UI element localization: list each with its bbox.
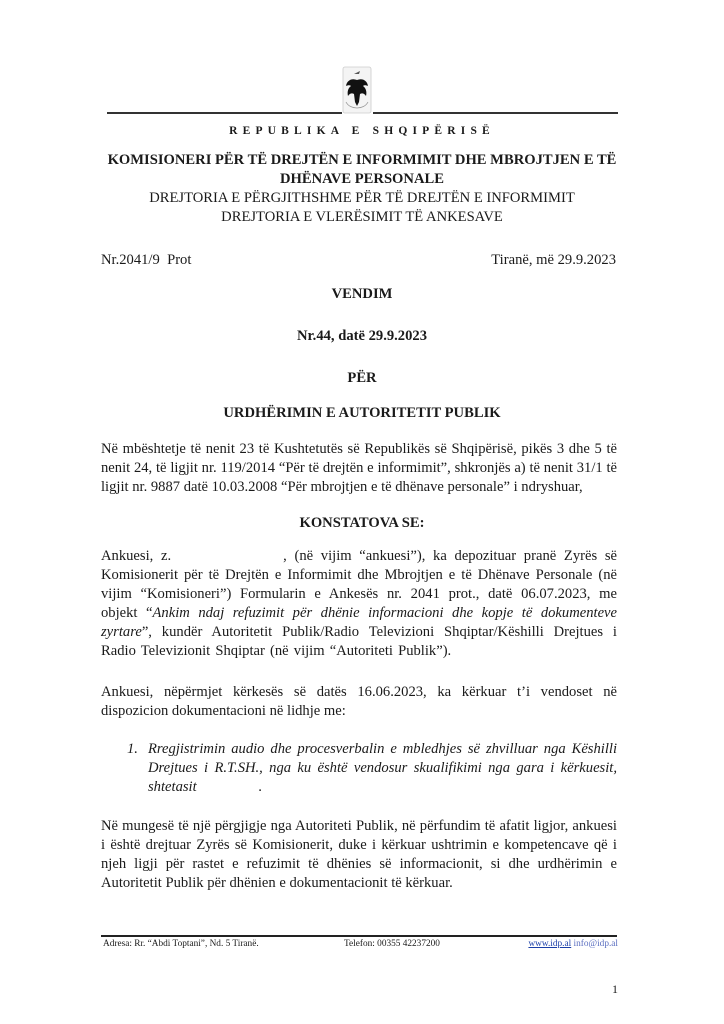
- findings-heading: KONSTATOVA SE:: [0, 515, 724, 532]
- institution-name: KOMISIONERI PËR TË DREJTËN E INFORMIMIT …: [0, 151, 724, 189]
- legal-basis-paragraph: Në mbështetje të nenit 23 të Kushtetutës…: [101, 440, 617, 497]
- list-item-number: 1.: [127, 740, 138, 759]
- document-heading: VENDIM: [0, 286, 724, 303]
- decision-subject: URDHËRIMIN E AUTORITETIT PUBLIK: [0, 405, 724, 422]
- page-number: 1: [612, 982, 618, 997]
- list-item-text: Rregjistrimin audio dhe procesverbalin e…: [148, 740, 617, 797]
- footer-phone: Telefon: 00355 42237200: [344, 939, 440, 949]
- decision-for: PËR: [0, 370, 724, 387]
- website-link[interactable]: www.idp.al: [528, 939, 571, 949]
- complaint-paragraph: Ankuesi, z., (në vijim “ankuesi”), ka de…: [101, 547, 617, 661]
- list-item-body: Rregjistrimin audio dhe procesverbalin e…: [148, 741, 617, 795]
- header-rule-right: [373, 112, 618, 114]
- no-response-paragraph: Në mungesë të një përgjigje nga Autorite…: [101, 817, 617, 893]
- decision-number: Nr.44, datë 29.9.2023: [0, 328, 724, 345]
- list-item-suffix: .: [259, 779, 263, 795]
- protocol-number: Nr.2041/9 Prot: [101, 252, 191, 269]
- footer-links: www.idp.al info@idp.al: [528, 939, 618, 949]
- list-item: 1. Rregjistrimin audio dhe procesverbali…: [127, 740, 617, 797]
- directorate-general: DREJTORIA E PËRGJITHSHME PËR TË DREJTËN …: [0, 189, 724, 208]
- footer-rule: [101, 935, 617, 937]
- request-paragraph: Ankuesi, nëpërmjet kërkesës së datës 16.…: [101, 683, 617, 721]
- institution-name-text: KOMISIONERI PËR TË DREJTËN E INFORMIMIT …: [102, 151, 622, 189]
- header-rule-left: [107, 112, 342, 114]
- email-link[interactable]: info@idp.al: [574, 939, 618, 949]
- country-name: REPUBLIKA E SHQIPËRISË: [0, 125, 724, 137]
- complaint-text-2: ”, kundër Autoritetit Publik/Radio Telev…: [101, 624, 617, 659]
- coat-of-arms-icon: [342, 66, 372, 114]
- requested-items-list: 1. Rregjistrimin audio dhe procesverbali…: [127, 740, 617, 797]
- footer-address: Adresa: Rr. “Abdi Toptani”, Nd. 5 Tiranë…: [103, 939, 259, 949]
- place-date: Tiranë, më 29.9.2023: [491, 252, 616, 269]
- directorate: DREJTORIA E VLERËSIMIT TË ANKESAVE: [0, 208, 724, 227]
- complaint-intro: Ankuesi, z.: [101, 548, 171, 564]
